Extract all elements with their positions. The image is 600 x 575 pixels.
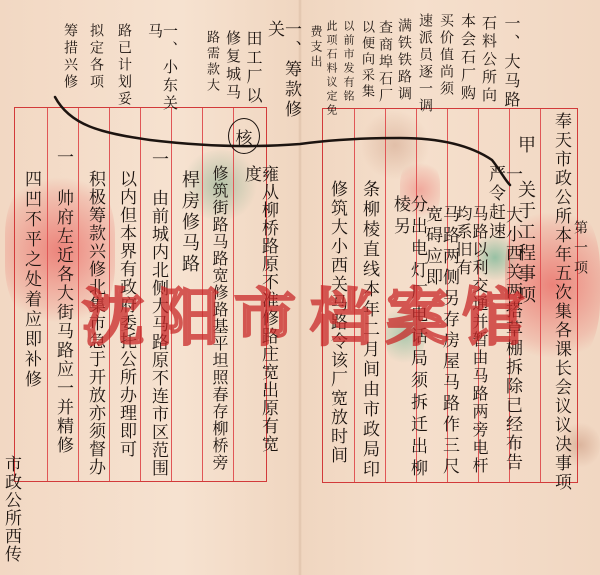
ink-division-stroke	[0, 0, 600, 200]
signature: 市政公所西传	[2, 455, 19, 575]
archive-watermark: 沈阳市档案馆	[20, 268, 600, 357]
